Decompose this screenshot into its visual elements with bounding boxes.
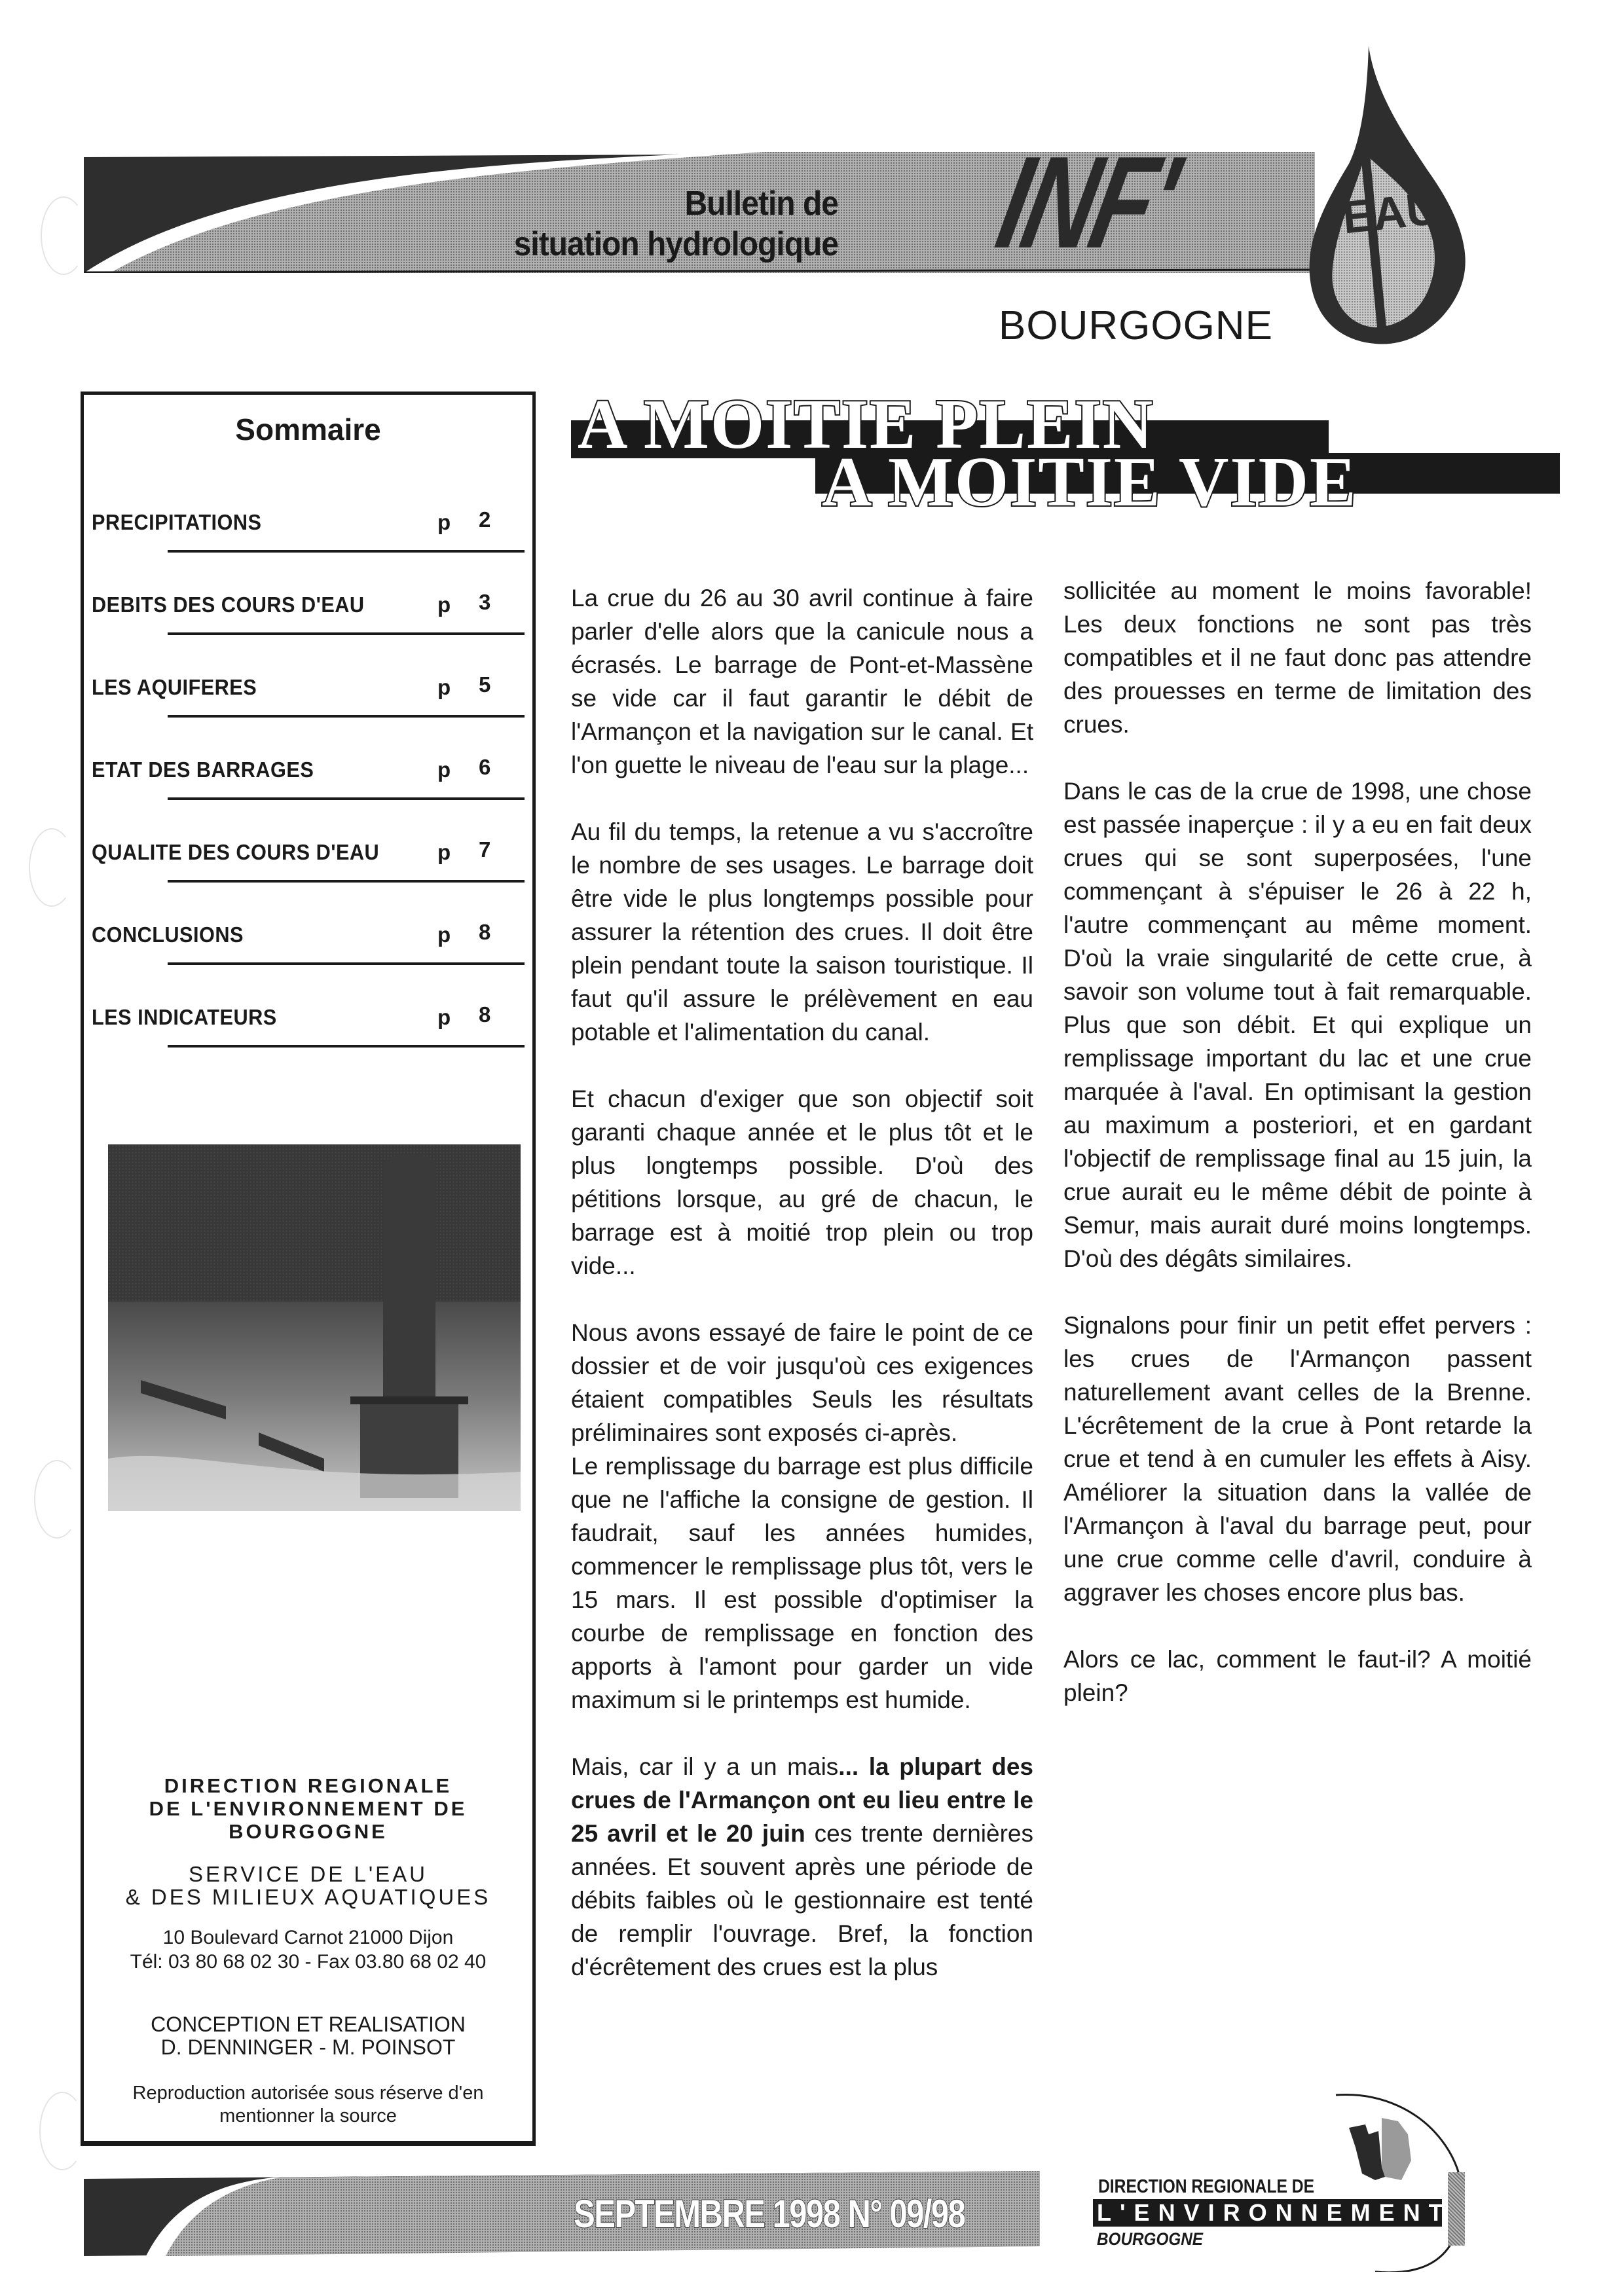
toc-item-precipitations[interactable]: PRECIPITATIONS p 2 [84,509,532,592]
org-phone-fax: Tél: 03 80 68 02 30 - Fax 03.80 68 02 40 [84,1950,532,1974]
headline-text: A MOITIE VIDE [822,446,1539,519]
paragraph: Et chacun d'exiger que son objectif soit… [571,1082,1033,1283]
paragraph: Dans le cas de la crue de 1998, une chos… [1063,774,1532,1275]
toc-item-barrages[interactable]: ETAT DES BARRAGES p 6 [84,757,532,839]
organisation-info: DIRECTION REGIONALE DE L'ENVIRONNEMENT D… [84,1774,532,2128]
sommaire-title: Sommaire [84,412,532,447]
toc-divider [168,797,525,800]
org-name-line3: BOURGOGNE [84,1820,532,1843]
toc-page-prefix: p [437,839,451,866]
credits-label: CONCEPTION ET REALISATION [84,2013,532,2036]
toc-page-number: 5 [479,672,490,698]
logo-drop-eau: EAU [1340,181,1441,244]
toc-page-number: 8 [479,1002,490,1028]
sommaire-sidebar: Sommaire PRECIPITATIONS p 2 DEBITS DES C… [81,392,536,2146]
toc-page-number: 7 [479,837,490,863]
toc-item-aquiferes[interactable]: LES AQUIFERES p 5 [84,674,532,757]
credits-names: D. DENNINGER - M. POINSOT [84,2036,532,2059]
toc-label: ETAT DES BARRAGES [92,757,314,783]
punch-hole-mark [41,196,86,275]
paragraph-start: Mais, car il y a un mais [571,1753,838,1780]
toc-label: PRECIPITATIONS [92,509,261,536]
toc-divider [168,1045,525,1048]
toc-item-conclusions[interactable]: CONCLUSIONS p 8 [84,922,532,1004]
toc-page-prefix: p [437,592,451,618]
reproduction-notice-line1: Reproduction autorisée sous réserve d'en [84,2082,532,2105]
toc-divider [168,632,525,635]
diren-line1: DIRECTION REGIONALE DE [1098,2177,1314,2196]
punch-hole-mark [34,1460,80,1539]
paragraph-emphasis: Mais, car il y a un mais... la plupart d… [571,1750,1033,1984]
org-service-line2: & DES MILIEUX AQUATIQUES [84,1886,532,1908]
paragraph: Au fil du temps, la retenue a vu s'accro… [571,815,1033,1049]
diren-environnement: L'ENVIRONNEMENT [1093,2199,1442,2227]
headline-line2: A MOITIE VIDE [815,453,1560,520]
toc-page-number: 6 [479,754,490,780]
toc-divider [168,550,525,553]
toc-page-prefix: p [437,1004,451,1030]
toc-page-prefix: p [437,922,451,948]
paragraph: Le remplissage du barrage est plus diffi… [571,1449,1033,1717]
bulletin-title-line1: Bulletin de [380,183,838,224]
toc-page-number: 2 [479,507,490,533]
toc-label: QUALITE DES COURS D'EAU [92,839,379,866]
toc-label: LES INDICATEURS [92,1004,277,1030]
paragraph: Alors ce lac, comment le faut-il? A moit… [1063,1643,1532,1709]
issue-date-number: SEPTEMBRE 1998 N° 09/98 [574,2193,965,2235]
paragraph: Signalons pour finir un petit effet perv… [1063,1309,1532,1609]
bulletin-title-line2: situation hydrologique [380,224,838,264]
toc-divider [168,880,525,883]
punch-hole-mark [39,2092,85,2170]
punch-hole-mark [29,828,75,907]
toc-page-prefix: p [437,509,451,536]
article-column-1: La crue du 26 au 30 avril continue à fai… [571,581,1033,2017]
org-address: 10 Boulevard Carnot 21000 Dijon [84,1925,532,1950]
toc-page-number: 3 [479,589,490,615]
paragraph: La crue du 26 au 30 avril continue à fai… [571,581,1033,782]
toc-item-qualite[interactable]: QUALITE DES COURS D'EAU p 7 [84,839,532,922]
toc-page-prefix: p [437,757,451,783]
toc-divider [168,715,525,718]
toc-label: DEBITS DES COURS D'EAU [92,592,365,618]
paragraph: Nous avons essayé de faire le point de c… [571,1316,1033,1449]
table-of-contents: PRECIPITATIONS p 2 DEBITS DES COURS D'EA… [84,509,532,1087]
reproduction-notice-line2: mentionner la source [84,2105,532,2128]
bulletin-title: Bulletin de situation hydrologique [380,183,838,264]
toc-item-debits[interactable]: DEBITS DES COURS D'EAU p 3 [84,592,532,674]
toc-page-number: 8 [479,919,490,945]
flood-photo [108,1144,521,1511]
logo-inf-wordmark: INF' [988,137,1186,268]
toc-item-indicateurs[interactable]: LES INDICATEURS p 8 [84,1004,532,1087]
diren-region: BOURGOGNE [1097,2229,1203,2249]
org-name-line2: DE L'ENVIRONNEMENT DE [84,1797,532,1820]
logo-region: BOURGOGNE [999,304,1273,348]
toc-label: LES AQUIFERES [92,674,257,701]
toc-page-prefix: p [437,674,451,701]
toc-divider [168,962,525,965]
org-service-line1: SERVICE DE L'EAU [84,1863,532,1886]
toc-label: CONCLUSIONS [92,922,244,948]
paragraph: sollicitée au moment le moins favorable!… [1063,574,1532,741]
footer-halftone-block [1448,2172,1465,2246]
article-column-2: sollicitée au moment le moins favorable!… [1063,574,1532,1743]
org-name-line1: DIRECTION REGIONALE [84,1774,532,1797]
